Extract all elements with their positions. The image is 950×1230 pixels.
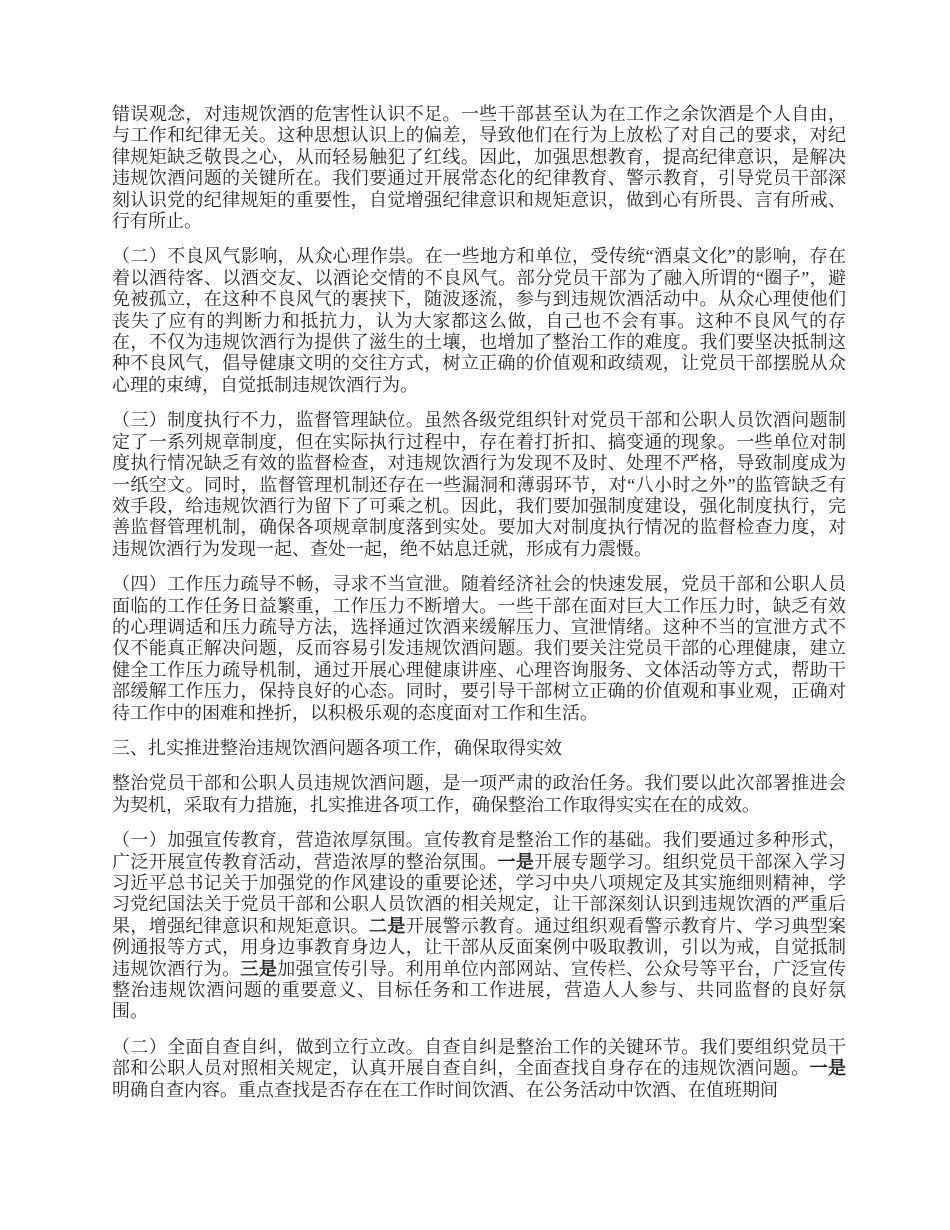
text-run: 整治党员干部和公职人员违规饮酒问题，是一项严肃的政治任务。我们要以此次部署推进会…: [112, 773, 846, 814]
document-body: 错误观念，对违规饮酒的危害性认识不足。一些干部甚至认为在工作之余饮酒是个人自由，…: [112, 104, 846, 1115]
para-weak-enforcement: （三）制度执行不力，监督管理缺位。虽然各级党组织针对党员干部和公职人员饮酒问题制…: [112, 410, 846, 560]
para-work-pressure: （四）工作压力疏导不畅，寻求不当宣泄。随着经济社会的快速发展，党员干部和公职人员…: [112, 574, 846, 724]
heading-section-three: 三、扎实推进整治违规饮酒问题各项工作，确保取得实效: [112, 738, 846, 759]
text-run: 三、扎实推进整治违规饮酒问题各项工作，确保取得实效: [112, 738, 562, 758]
text-run-bold: 一是: [498, 852, 535, 872]
para-bad-atmosphere: （二）不良风气影响，从众心理作祟。在一些地方和单位，受传统“酒桌文化”的影响，存…: [112, 246, 846, 396]
para-section-three-intro: 整治党员干部和公职人员违规饮酒问题，是一项严肃的政治任务。我们要以此次部署推进会…: [112, 773, 846, 816]
text-run-bold: 二是: [369, 916, 406, 936]
text-run: （四）工作压力疏导不畅，寻求不当宣泄。随着经济社会的快速发展，党员干部和公职人员…: [112, 574, 846, 722]
text-run: （二）不良风气影响，从众心理作祟。在一些地方和单位，受传统“酒桌文化”的影响，存…: [112, 246, 846, 394]
text-run: 错误观念，对违规饮酒的危害性认识不足。一些干部甚至认为在工作之余饮酒是个人自由，…: [112, 104, 846, 231]
document-page: 错误观念，对违规饮酒的危害性认识不足。一些干部甚至认为在工作之余饮酒是个人自由，…: [0, 0, 950, 1230]
text-run: （二）全面自查自纠，做到立行立改。自查自纠是整治工作的关键环节。我们要组织党员干…: [112, 1037, 846, 1078]
para-self-examination: （二）全面自查自纠，做到立行立改。自查自纠是整治工作的关键环节。我们要组织党员干…: [112, 1037, 846, 1101]
para-propaganda-education: （一）加强宣传教育，营造浓厚氛围。宣传教育是整治工作的基础。我们要通过多种形式，…: [112, 830, 846, 1023]
para-thought-education: 错误观念，对违规饮酒的危害性认识不足。一些干部甚至认为在工作之余饮酒是个人自由，…: [112, 104, 846, 232]
text-run-bold: 一是: [810, 1058, 846, 1078]
text-run: （三）制度执行不力，监督管理缺位。虽然各级党组织针对党员干部和公职人员饮酒问题制…: [112, 410, 846, 558]
text-run-bold: 三是: [241, 959, 278, 979]
text-run: 明确自查内容。重点查找是否存在在工作时间饮酒、在公务活动中饮酒、在值班期间: [112, 1080, 778, 1100]
